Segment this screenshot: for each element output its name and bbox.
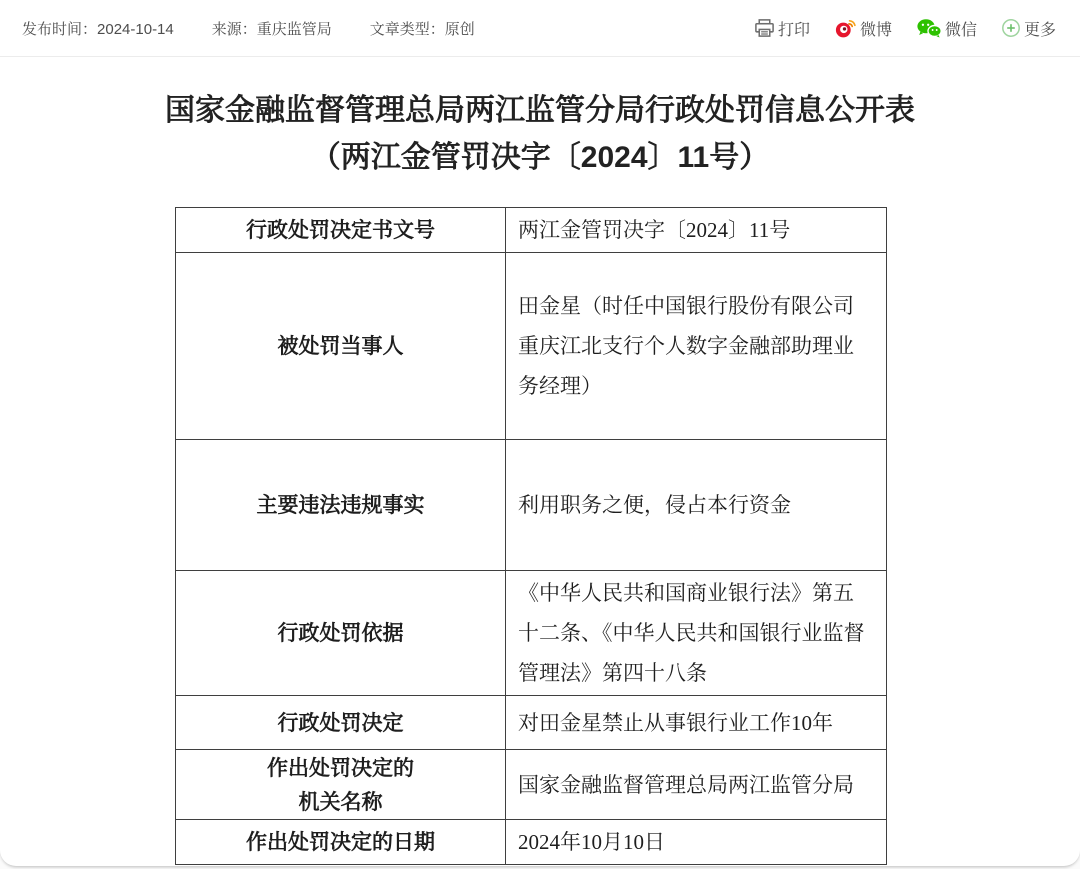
wechat-share-button[interactable]: 微信 xyxy=(916,17,977,40)
penalty-row-value: 《中华人民共和国商业银行法》第五十二条、《中华人民共和国银行业监督管理法》第四十… xyxy=(506,571,887,696)
penalty-row-value: 国家金融监督管理总局两江监管分局 xyxy=(506,750,887,820)
penalty-row-label: 作出处罚决定的 机关名称 xyxy=(176,750,506,820)
penalty-row-label: 行政处罚依据 xyxy=(176,571,506,696)
table-row: 被处罚当事人 田金星（时任中国银行股份有限公司重庆江北支行个人数字金融部助理业务… xyxy=(176,253,887,440)
penalty-row-label: 主要违法违规事实 xyxy=(176,440,506,571)
weibo-label: 微博 xyxy=(860,17,892,40)
meta-bar: 发布时间：2024-10-14 来源：重庆监管局 文章类型：原创 打印 xyxy=(0,0,1080,57)
share-actions: 打印 微博 xyxy=(730,17,1056,40)
table-row: 主要违法违规事实 利用职务之便，侵占本行资金 xyxy=(176,440,887,571)
article-type-label: 文章类型： xyxy=(370,21,445,38)
publish-time: 发布时间：2024-10-14 xyxy=(22,18,174,39)
penalty-row-value: 对田金星禁止从事银行业工作10年 xyxy=(506,696,887,750)
print-label: 打印 xyxy=(778,17,810,40)
publish-time-label: 发布时间： xyxy=(22,21,97,38)
table-row: 作出处罚决定的 机关名称 国家金融监督管理总局两江监管分局 xyxy=(176,750,887,820)
page-title-line2: （两江金管罚决字〔2024〕11号） xyxy=(0,134,1080,181)
article-source-value: 重庆监管局 xyxy=(257,21,332,38)
article-page: 发布时间：2024-10-14 来源：重庆监管局 文章类型：原创 打印 xyxy=(0,0,1080,866)
meta-info: 发布时间：2024-10-14 来源：重庆监管局 文章类型：原创 xyxy=(22,18,513,39)
more-label: 更多 xyxy=(1024,17,1056,40)
print-button[interactable]: 打印 xyxy=(754,17,810,40)
table-row: 行政处罚决定 对田金星禁止从事银行业工作10年 xyxy=(176,696,887,750)
article-type-value: 原创 xyxy=(445,21,475,38)
publish-time-value: 2024-10-14 xyxy=(97,21,174,38)
more-actions-button[interactable]: 更多 xyxy=(1001,17,1056,40)
table-row: 行政处罚依据 《中华人民共和国商业银行法》第五十二条、《中华人民共和国银行业监督… xyxy=(176,571,887,696)
page-title-line1: 国家金融监督管理总局两江监管分局行政处罚信息公开表 xyxy=(0,87,1080,134)
penalty-row-value: 两江金管罚决字〔2024〕11号 xyxy=(506,208,887,253)
penalty-row-value: 田金星（时任中国银行股份有限公司重庆江北支行个人数字金融部助理业务经理） xyxy=(506,253,887,440)
article-source: 来源：重庆监管局 xyxy=(212,18,332,39)
penalty-row-label: 行政处罚决定书文号 xyxy=(176,208,506,253)
penalty-row-label: 作出处罚决定的日期 xyxy=(176,820,506,865)
wechat-icon xyxy=(916,18,942,38)
penalty-row-label: 行政处罚决定 xyxy=(176,696,506,750)
penalty-row-label: 被处罚当事人 xyxy=(176,253,506,440)
weibo-share-button[interactable]: 微博 xyxy=(834,17,892,40)
weibo-icon xyxy=(834,18,857,38)
printer-icon xyxy=(754,18,775,38)
article-type: 文章类型：原创 xyxy=(370,18,475,39)
penalty-table-wrap: 行政处罚决定书文号 两江金管罚决字〔2024〕11号 被处罚当事人 田金星（时任… xyxy=(175,207,1080,865)
table-row: 作出处罚决定的日期 2024年10月10日 xyxy=(176,820,887,865)
article-source-label: 来源： xyxy=(212,21,257,38)
page-title: 国家金融监督管理总局两江监管分局行政处罚信息公开表 （两江金管罚决字〔2024〕… xyxy=(0,87,1080,181)
wechat-label: 微信 xyxy=(945,17,977,40)
penalty-table: 行政处罚决定书文号 两江金管罚决字〔2024〕11号 被处罚当事人 田金星（时任… xyxy=(175,207,887,865)
table-row: 行政处罚决定书文号 两江金管罚决字〔2024〕11号 xyxy=(176,208,887,253)
plus-circle-icon xyxy=(1001,18,1021,38)
penalty-row-value: 利用职务之便，侵占本行资金 xyxy=(506,440,887,571)
penalty-row-value: 2024年10月10日 xyxy=(506,820,887,865)
